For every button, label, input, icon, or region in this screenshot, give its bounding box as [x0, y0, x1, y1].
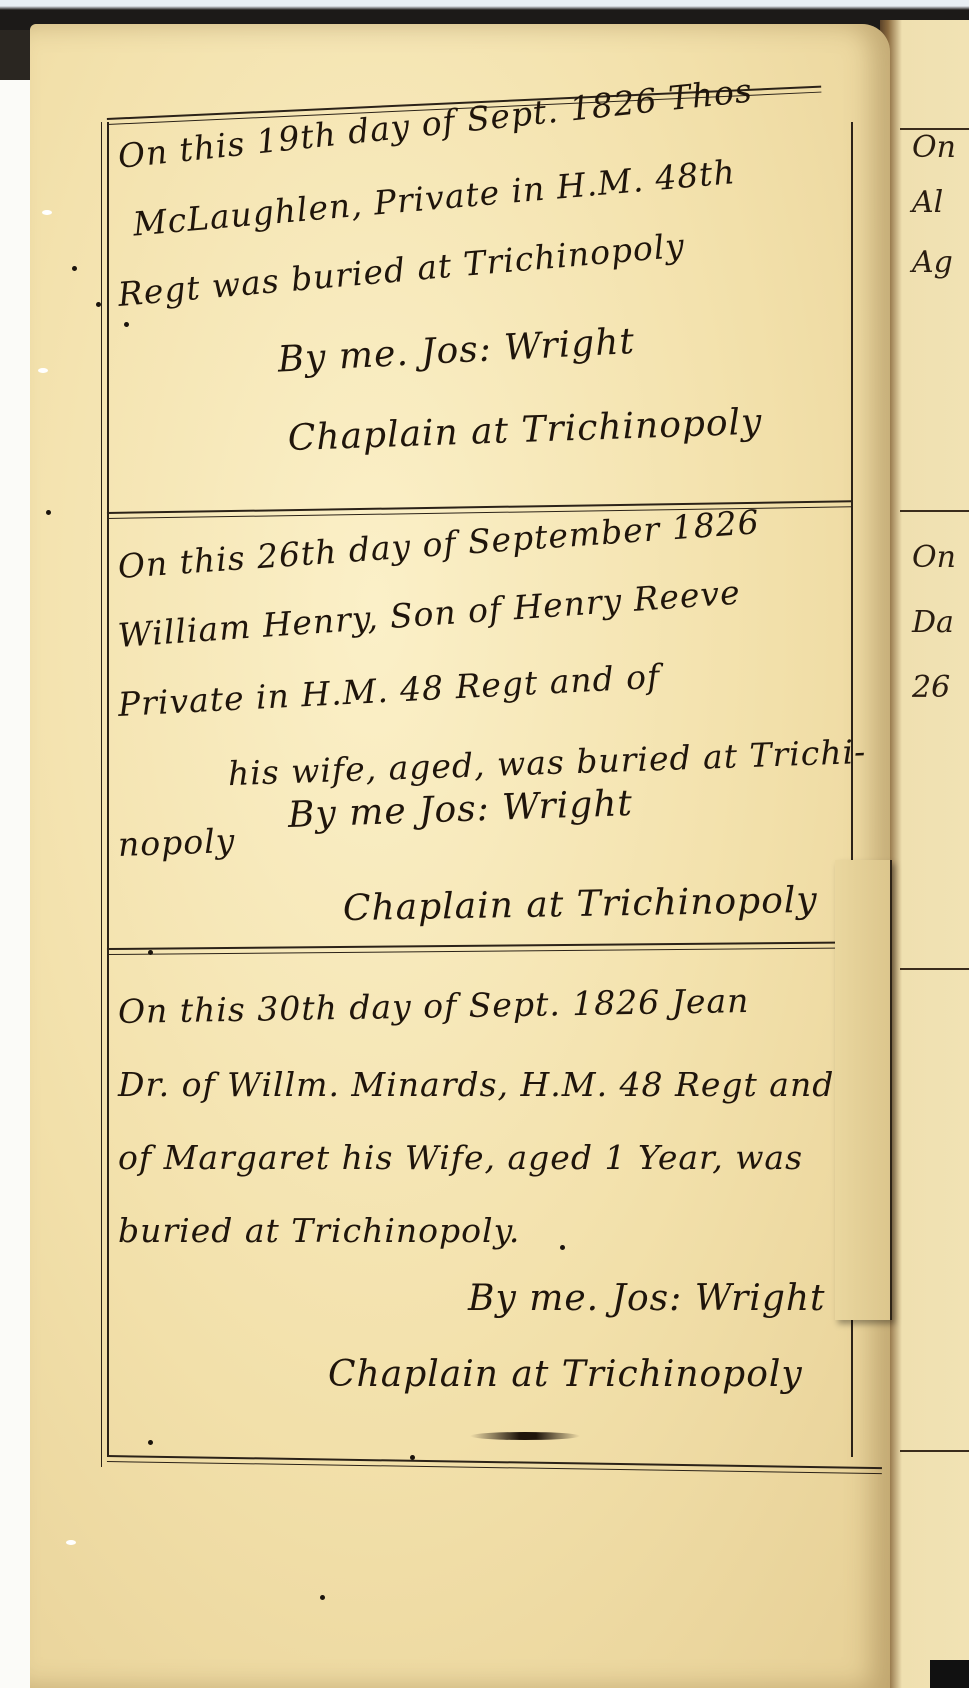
paper-hole [38, 368, 48, 373]
paper-hole [66, 1540, 76, 1545]
entry-text-line: Private in H.M. 48 Regt and of [117, 650, 843, 721]
chaplain-title: Chaplain at Trichinopoly [118, 1357, 843, 1393]
chaplain-title: Chaplain at Trichinopoly [117, 402, 843, 463]
ink-spot [46, 510, 51, 515]
chaplain-signature: By me. Jos: Wright [117, 313, 843, 387]
paper-hole [42, 210, 52, 215]
entry-text-line: Dr. of Willm. Minards, H.M. 48 Regt and [118, 1068, 843, 1101]
facing-fragment: 26 [912, 670, 950, 705]
burial-entry-3: On this 30th day of Sept. 1826 Jean Dr. … [118, 975, 843, 1393]
ink-spot [148, 1440, 153, 1445]
entry-text-line: of Margaret his Wife, aged 1 Year, was [118, 1141, 843, 1174]
facing-rule [900, 1450, 969, 1452]
ink-spot [72, 266, 77, 271]
ink-spot [410, 1455, 415, 1460]
ink-spot [124, 322, 129, 327]
ink-spot [148, 950, 153, 955]
entry-text-line: his wife, aged, was buried at Trichi- [117, 736, 843, 794]
facing-rule [900, 968, 969, 970]
burial-entry-1: On this 19th day of Sept. 1826 Thos McLa… [118, 110, 843, 463]
burial-entry-2: On this 26th day of September 1826 Willi… [118, 530, 843, 931]
chaplain-title: Chaplain at Trichinopoly [118, 882, 844, 931]
facing-fragment: Da [912, 605, 954, 640]
facing-rule [900, 510, 969, 512]
background-edge [930, 1660, 969, 1688]
entry-text-line: On this 30th day of Sept. 1826 Jean [118, 982, 843, 1028]
torn-paper-fragment [835, 860, 892, 1320]
entry-text-line: William Henry, Son of Henry Reeve [117, 568, 843, 651]
ink-spot [560, 1245, 565, 1250]
entry-text-line: buried at Trichinopoly. [118, 1214, 843, 1247]
facing-fragment: Ag [912, 245, 953, 280]
facing-fragment: On [912, 130, 956, 165]
ink-spot [96, 302, 101, 307]
ink-spot [320, 1595, 325, 1600]
facing-fragment: On [912, 540, 956, 575]
chaplain-signature: By me. Jos: Wright [118, 1281, 843, 1317]
facing-fragment: Al [912, 185, 943, 220]
closing-flourish [470, 1432, 580, 1440]
